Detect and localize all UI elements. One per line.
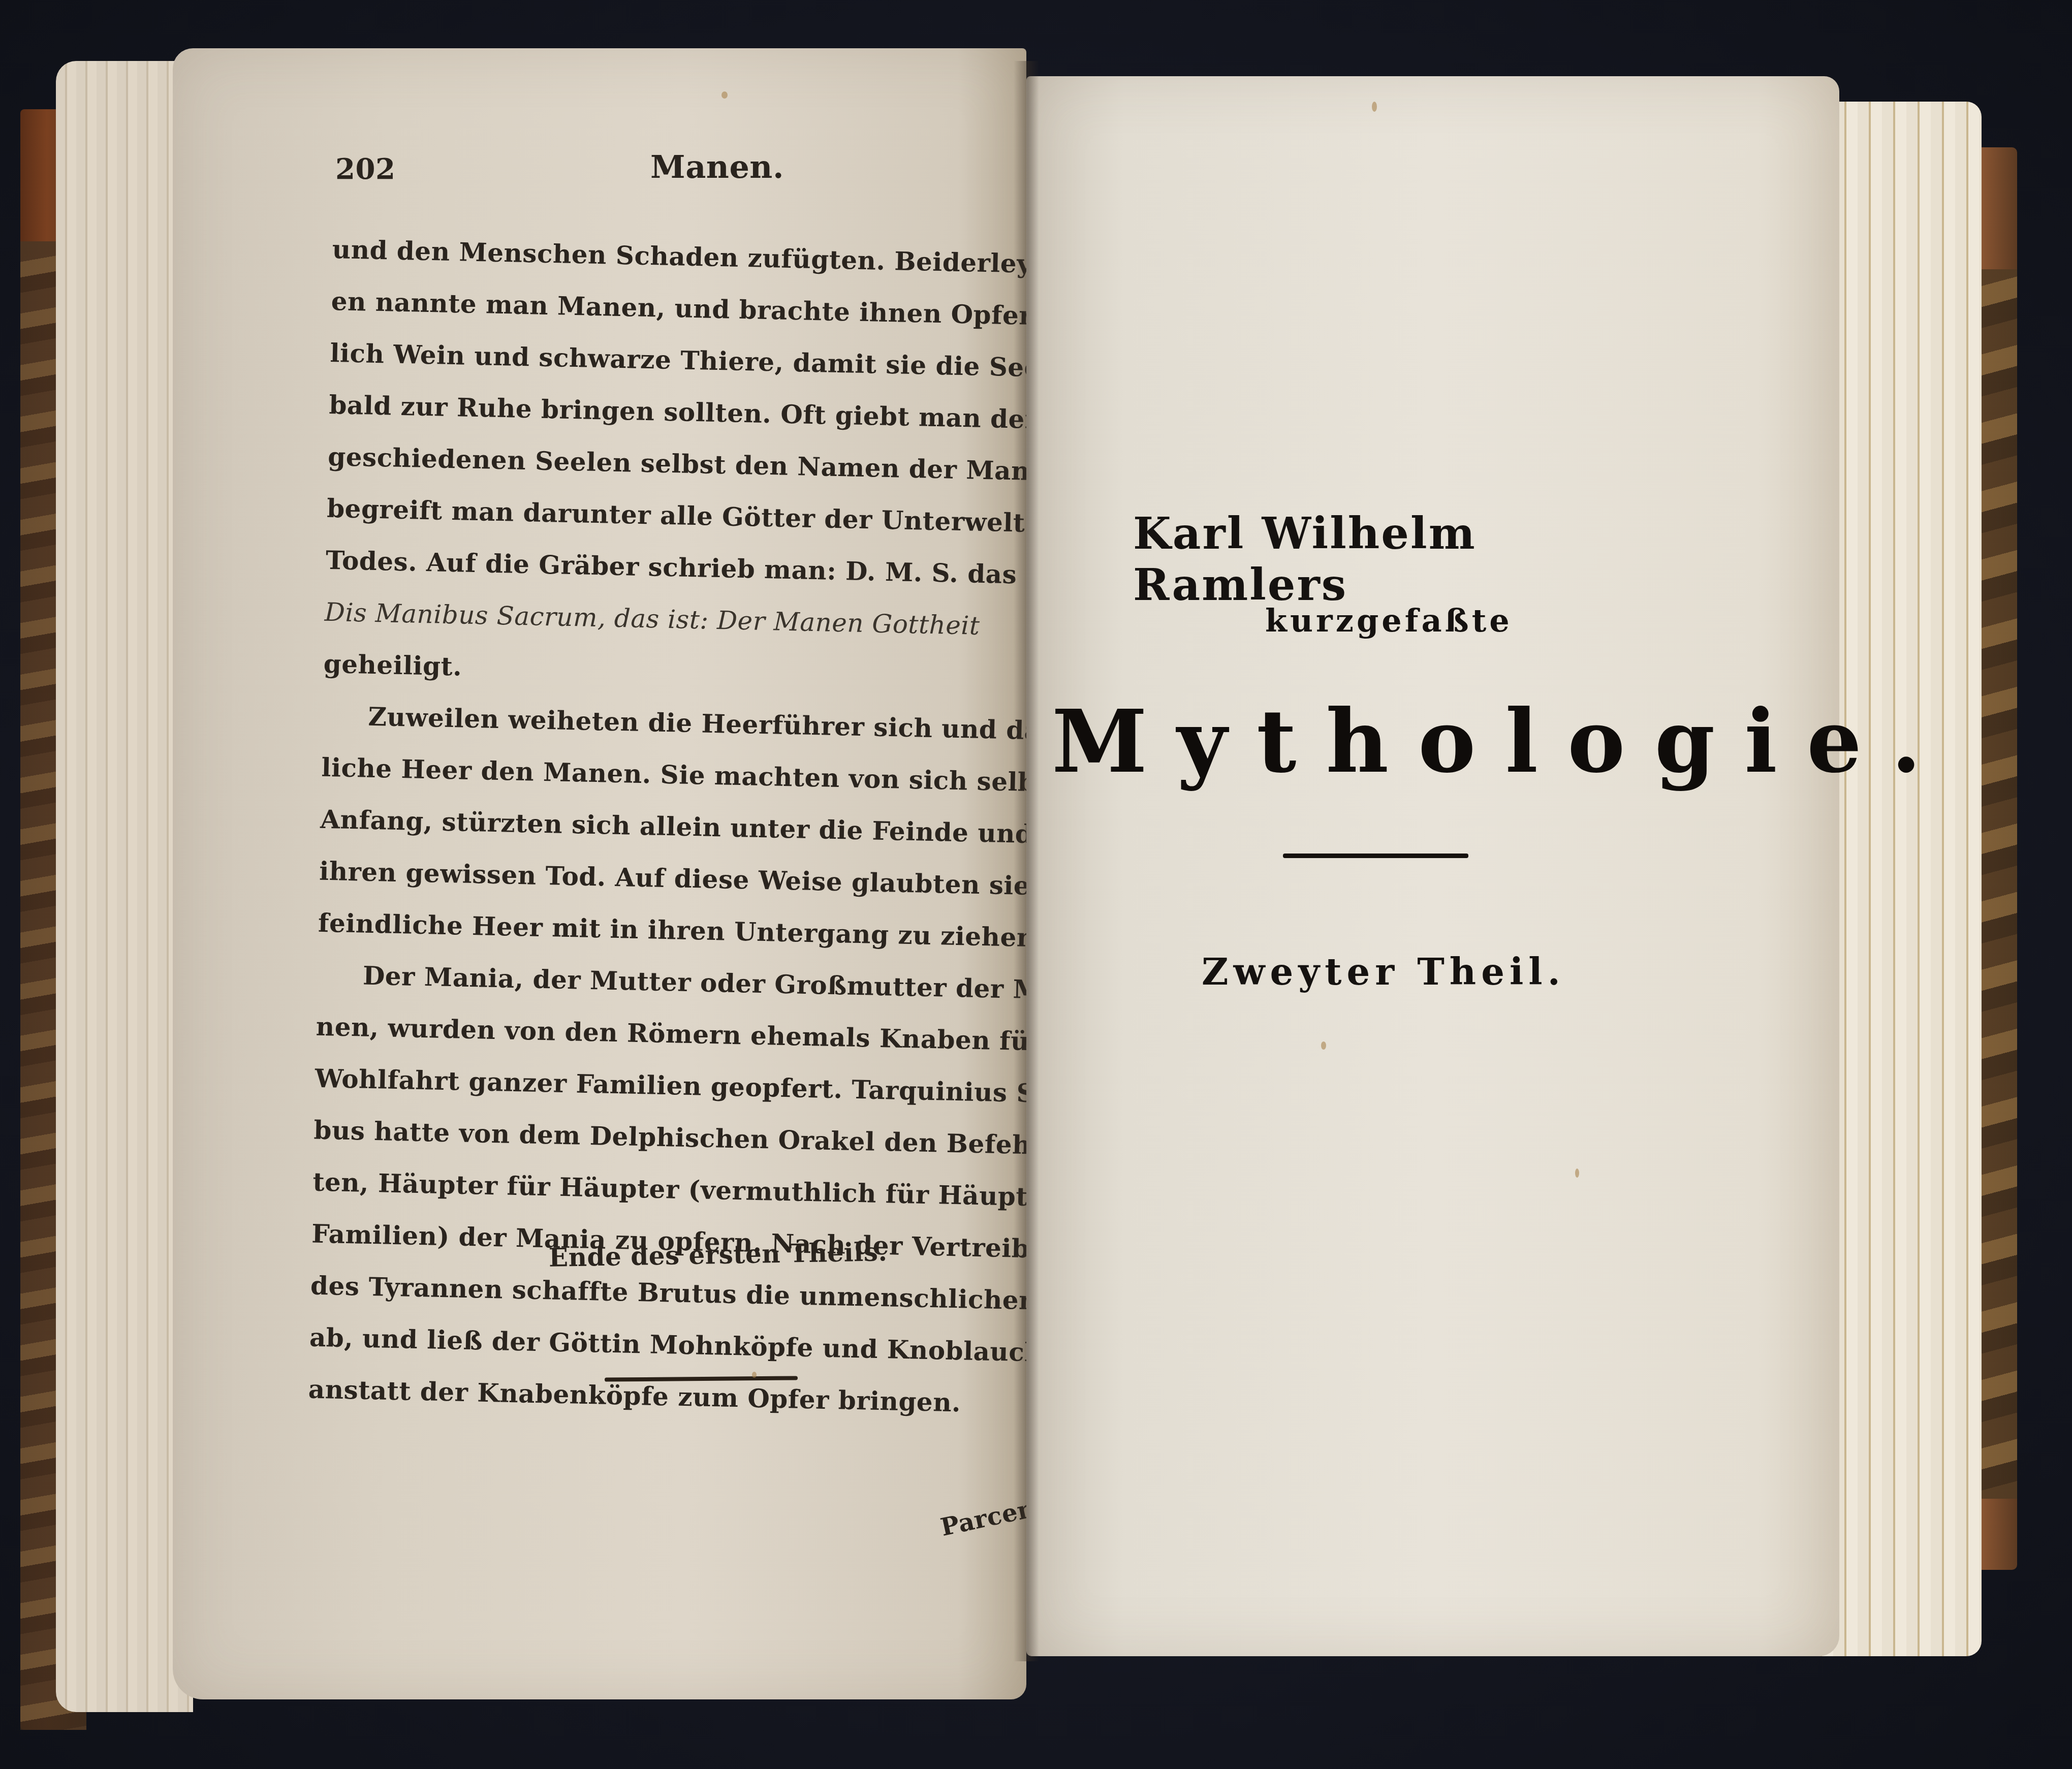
title-subtitle: kurzgefaßte (1265, 602, 1513, 639)
paper-speck (1321, 1041, 1326, 1050)
page-number: 202 (335, 152, 395, 186)
paper-speck (1372, 102, 1377, 112)
paper-speck (721, 91, 728, 99)
title-author: Karl Wilhelm Ramlers (1133, 508, 1641, 611)
title-part: Zweyter Theil. (1202, 950, 1565, 993)
title-rule (1283, 854, 1468, 858)
paper-speck (1575, 1168, 1579, 1178)
paper-speck (752, 1372, 757, 1378)
running-head: 202 Manen. (335, 152, 1016, 198)
end-of-part-note: Ende des ersten Theils. (549, 1237, 888, 1273)
running-head-title: Manen. (650, 148, 784, 185)
right-page (1026, 76, 1839, 1656)
title-main: Mythologie. (1052, 691, 1951, 793)
book-gutter (1014, 61, 1039, 1661)
